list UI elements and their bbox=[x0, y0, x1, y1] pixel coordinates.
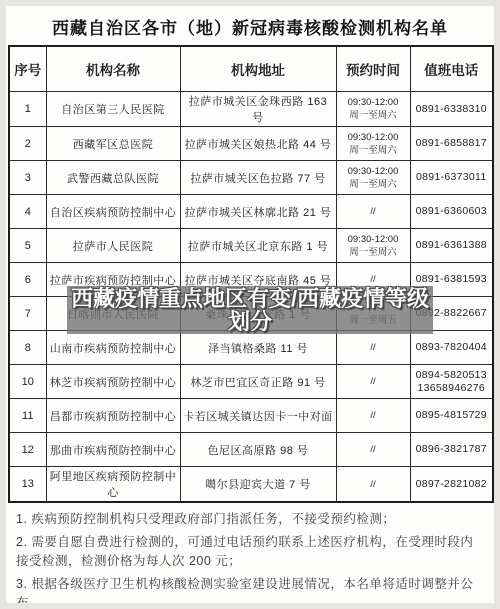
watermark-caption-text: 西藏疫情重点地区有变/西藏疫情等级划分 bbox=[67, 287, 433, 333]
table-row: 1 自治区第三人民医院 拉萨市城关区金珠西路 163 号 09:30-12:00… bbox=[9, 92, 493, 127]
cell-name: 武警西藏总队医院 bbox=[46, 161, 180, 195]
table-header-row: 序号 机构名称 机构地址 预约时间 值班电话 bbox=[9, 46, 493, 92]
cell-name: 林芝市疾病预防控制中心 bbox=[46, 365, 180, 399]
cell-phone: 0891-6360603 bbox=[410, 195, 493, 229]
footnote-3: 3. 根据各级医疗卫生机构核酸检测实验室建设进展情况，本名单将适时调整并公布。 bbox=[16, 575, 486, 603]
cell-seq-no: 4 bbox=[9, 195, 46, 229]
cell-seq-no: 6 bbox=[9, 263, 46, 297]
cell-phone: 0891-6858817 bbox=[410, 127, 493, 161]
cell-phone: 0896-3821787 bbox=[410, 433, 493, 467]
cell-seq-no: 7 bbox=[9, 297, 46, 331]
table-row: 2 西藏军区总医院 拉萨市城关区娘热北路 44 号 09:30-12:00 周一… bbox=[9, 127, 493, 161]
phone-line-1: 0891-6360603 bbox=[413, 205, 491, 218]
cell-name: 自治区疾病预防控制中心 bbox=[46, 195, 180, 229]
cell-seq-no: 1 bbox=[9, 92, 46, 127]
cell-name: 拉萨市人民医院 bbox=[46, 229, 180, 263]
cell-time: 09:30-12:00 周一至周六 bbox=[336, 161, 410, 195]
time-line-1: 09:30-12:00 bbox=[339, 233, 408, 246]
cell-phone: 0895-4815729 bbox=[410, 399, 493, 433]
cell-time: 09:30-12:00 周一至周六 bbox=[336, 92, 410, 127]
cell-name: 阿里地区疾病预防控制中心 bbox=[46, 467, 180, 503]
cell-name: 西藏军区总医院 bbox=[46, 127, 180, 161]
phone-line-2: 13658946276 bbox=[413, 382, 491, 395]
time-line-1: // bbox=[339, 341, 408, 354]
phone-line-1: 0891-6373011 bbox=[413, 171, 491, 184]
cell-time: 09:30-12:00 周一至周六 bbox=[336, 127, 410, 161]
header-seq-no: 序号 bbox=[9, 46, 46, 92]
table-row: 10 林芝市疾病预防控制中心 林芝市巴宜区奇正路 91 号 // 0894-58… bbox=[9, 365, 493, 399]
cell-phone: 0891-6361388 bbox=[410, 229, 493, 263]
cell-name: 山南市疾病预防控制中心 bbox=[46, 331, 180, 365]
phone-line-1: 0891-6338310 bbox=[413, 103, 491, 116]
testing-institutions-table: 序号 机构名称 机构地址 预约时间 值班电话 1 自治区第三人民医院 拉萨市城关… bbox=[8, 45, 494, 503]
cell-name: 那曲市疾病预防控制中心 bbox=[46, 433, 180, 467]
time-line-1: // bbox=[339, 409, 408, 422]
page-title: 西藏自治区各市（地）新冠病毒核酸检测机构名单 bbox=[6, 14, 494, 39]
cell-phone: 0893-7820404 bbox=[410, 331, 493, 365]
cell-seq-no: 8 bbox=[9, 331, 46, 365]
cell-address: 拉萨市城关区金珠西路 163 号 bbox=[180, 92, 336, 127]
cell-address: 拉萨市城关区林廓北路 21 号 bbox=[180, 195, 336, 229]
footnotes: 1. 疾病预防控制机构只受理政府部门指派任务，不接受预约检测； 2. 需要自愿自… bbox=[16, 510, 486, 603]
cell-phone: 0891-6373011 bbox=[410, 161, 493, 195]
cell-time: // bbox=[336, 365, 410, 399]
table-row: 12 那曲市疾病预防控制中心 色尼区高原路 98 号 // 0896-38217… bbox=[9, 433, 493, 467]
table-row: 5 拉萨市人民医院 拉萨市城关区北京东路 1 号 09:30-12:00 周一至… bbox=[9, 229, 493, 263]
time-line-1: // bbox=[339, 478, 408, 491]
cell-time: // bbox=[336, 195, 410, 229]
cell-time: // bbox=[336, 331, 410, 365]
cell-seq-no: 5 bbox=[9, 229, 46, 263]
table-row: 11 昌都市疾病预防控制中心 卡若区城关镇达因卡一中对面 // 0895-481… bbox=[9, 399, 493, 433]
cell-seq-no: 3 bbox=[9, 161, 46, 195]
cell-address: 拉萨市城关区北京东路 1 号 bbox=[180, 229, 336, 263]
cell-seq-no: 10 bbox=[9, 365, 46, 399]
cell-phone: 0891-6338310 bbox=[410, 92, 493, 127]
table-row: 3 武警西藏总队医院 拉萨市城关区色拉路 77 号 09:30-12:00 周一… bbox=[9, 161, 493, 195]
cell-address: 林芝市巴宜区奇正路 91 号 bbox=[180, 365, 336, 399]
cell-name: 自治区第三人民医院 bbox=[46, 92, 180, 127]
cell-address: 泽当镇格桑路 11 号 bbox=[180, 331, 336, 365]
footnote-1: 1. 疾病预防控制机构只受理政府部门指派任务，不接受预约检测； bbox=[16, 510, 486, 529]
time-line-1: // bbox=[339, 205, 408, 218]
cell-phone: 0894-5820513 13658946276 bbox=[410, 365, 493, 399]
watermark-caption-banner: 西藏疫情重点地区有变/西藏疫情等级划分 bbox=[67, 286, 433, 334]
header-phone: 值班电话 bbox=[410, 46, 493, 92]
footnote-2: 2. 需要自愿自费进行检测的，可通过电话预约联系上述医疗机构，在受理时段内接受检… bbox=[16, 533, 486, 571]
header-name: 机构名称 bbox=[46, 46, 180, 92]
time-line-1: // bbox=[339, 443, 408, 456]
cell-seq-no: 11 bbox=[9, 399, 46, 433]
cell-time: 09:30-12:00 周一至周六 bbox=[336, 229, 410, 263]
time-line-1: 09:30-12:00 bbox=[339, 96, 408, 109]
time-line-1: 09:30-12:00 bbox=[339, 165, 408, 178]
phone-line-1: 0894-5820513 bbox=[413, 369, 491, 382]
time-line-2: 周一至周六 bbox=[339, 178, 408, 191]
cell-phone: 0897-2821082 bbox=[410, 467, 493, 503]
cell-seq-no: 12 bbox=[9, 433, 46, 467]
phone-line-1: 0893-7820404 bbox=[413, 341, 491, 354]
cell-seq-no: 2 bbox=[9, 127, 46, 161]
cell-time: // bbox=[336, 433, 410, 467]
cell-time: // bbox=[336, 467, 410, 503]
table-row: 8 山南市疾病预防控制中心 泽当镇格桑路 11 号 // 0893-782040… bbox=[9, 331, 493, 365]
cell-address: 拉萨市城关区色拉路 77 号 bbox=[180, 161, 336, 195]
cell-seq-no: 13 bbox=[9, 467, 46, 503]
cell-address: 拉萨市城关区娘热北路 44 号 bbox=[180, 127, 336, 161]
header-address: 机构地址 bbox=[180, 46, 336, 92]
phone-line-1: 0895-4815729 bbox=[413, 409, 491, 422]
time-line-1: 09:30-12:00 bbox=[339, 131, 408, 144]
cell-address: 卡若区城关镇达因卡一中对面 bbox=[180, 399, 336, 433]
phone-line-1: 0891-6361388 bbox=[413, 239, 491, 252]
time-line-2: 周一至周六 bbox=[339, 246, 408, 259]
time-line-1: // bbox=[339, 375, 408, 388]
cell-time: // bbox=[336, 399, 410, 433]
table-row: 13 阿里地区疾病预防控制中心 噶尔县迎宾大道 7 号 // 0897-2821… bbox=[9, 467, 493, 503]
header-time: 预约时间 bbox=[336, 46, 410, 92]
time-line-1: // bbox=[339, 273, 408, 286]
cell-name: 昌都市疾病预防控制中心 bbox=[46, 399, 180, 433]
phone-line-1: 0896-3821787 bbox=[413, 443, 491, 456]
cell-address: 色尼区高原路 98 号 bbox=[180, 433, 336, 467]
time-line-2: 周一至周六 bbox=[339, 109, 408, 122]
time-line-2: 周一至周六 bbox=[339, 144, 408, 157]
phone-line-1: 0891-6858817 bbox=[413, 137, 491, 150]
table-row: 4 自治区疾病预防控制中心 拉萨市城关区林廓北路 21 号 // 0891-63… bbox=[9, 195, 493, 229]
cell-address: 噶尔县迎宾大道 7 号 bbox=[180, 467, 336, 503]
phone-line-1: 0897-2821082 bbox=[413, 478, 491, 491]
phone-line-1: 0891-6381593 bbox=[413, 273, 491, 286]
document-page: 西藏自治区各市（地）新冠病毒核酸检测机构名单 序号 机构名称 机构地址 预约时间… bbox=[6, 6, 494, 603]
